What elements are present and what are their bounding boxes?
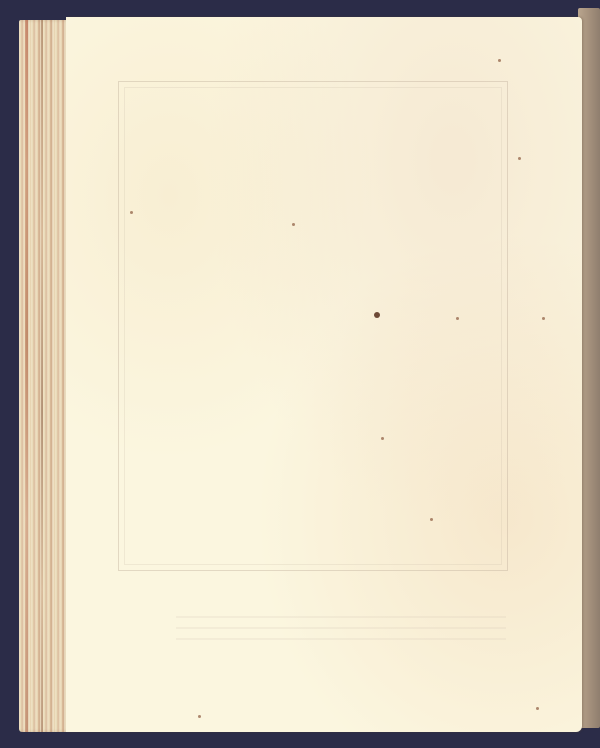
foxing-spot xyxy=(542,317,545,320)
foxing-spot xyxy=(498,59,501,62)
foxing-spot xyxy=(130,211,133,214)
foxing-spot xyxy=(198,715,201,718)
foxing-spot xyxy=(518,157,521,160)
foxing-spot xyxy=(292,223,295,226)
book-photo xyxy=(0,0,600,748)
foxing-spot xyxy=(536,707,539,710)
blank-page xyxy=(66,17,582,732)
foxing-spot xyxy=(430,518,433,521)
foxing-spot xyxy=(374,312,380,318)
page-edges xyxy=(19,20,71,732)
show-through-text xyxy=(176,607,506,647)
plate-mark-inner-border xyxy=(124,87,502,565)
foxing-spot xyxy=(456,317,459,320)
foxing-spot xyxy=(381,437,384,440)
